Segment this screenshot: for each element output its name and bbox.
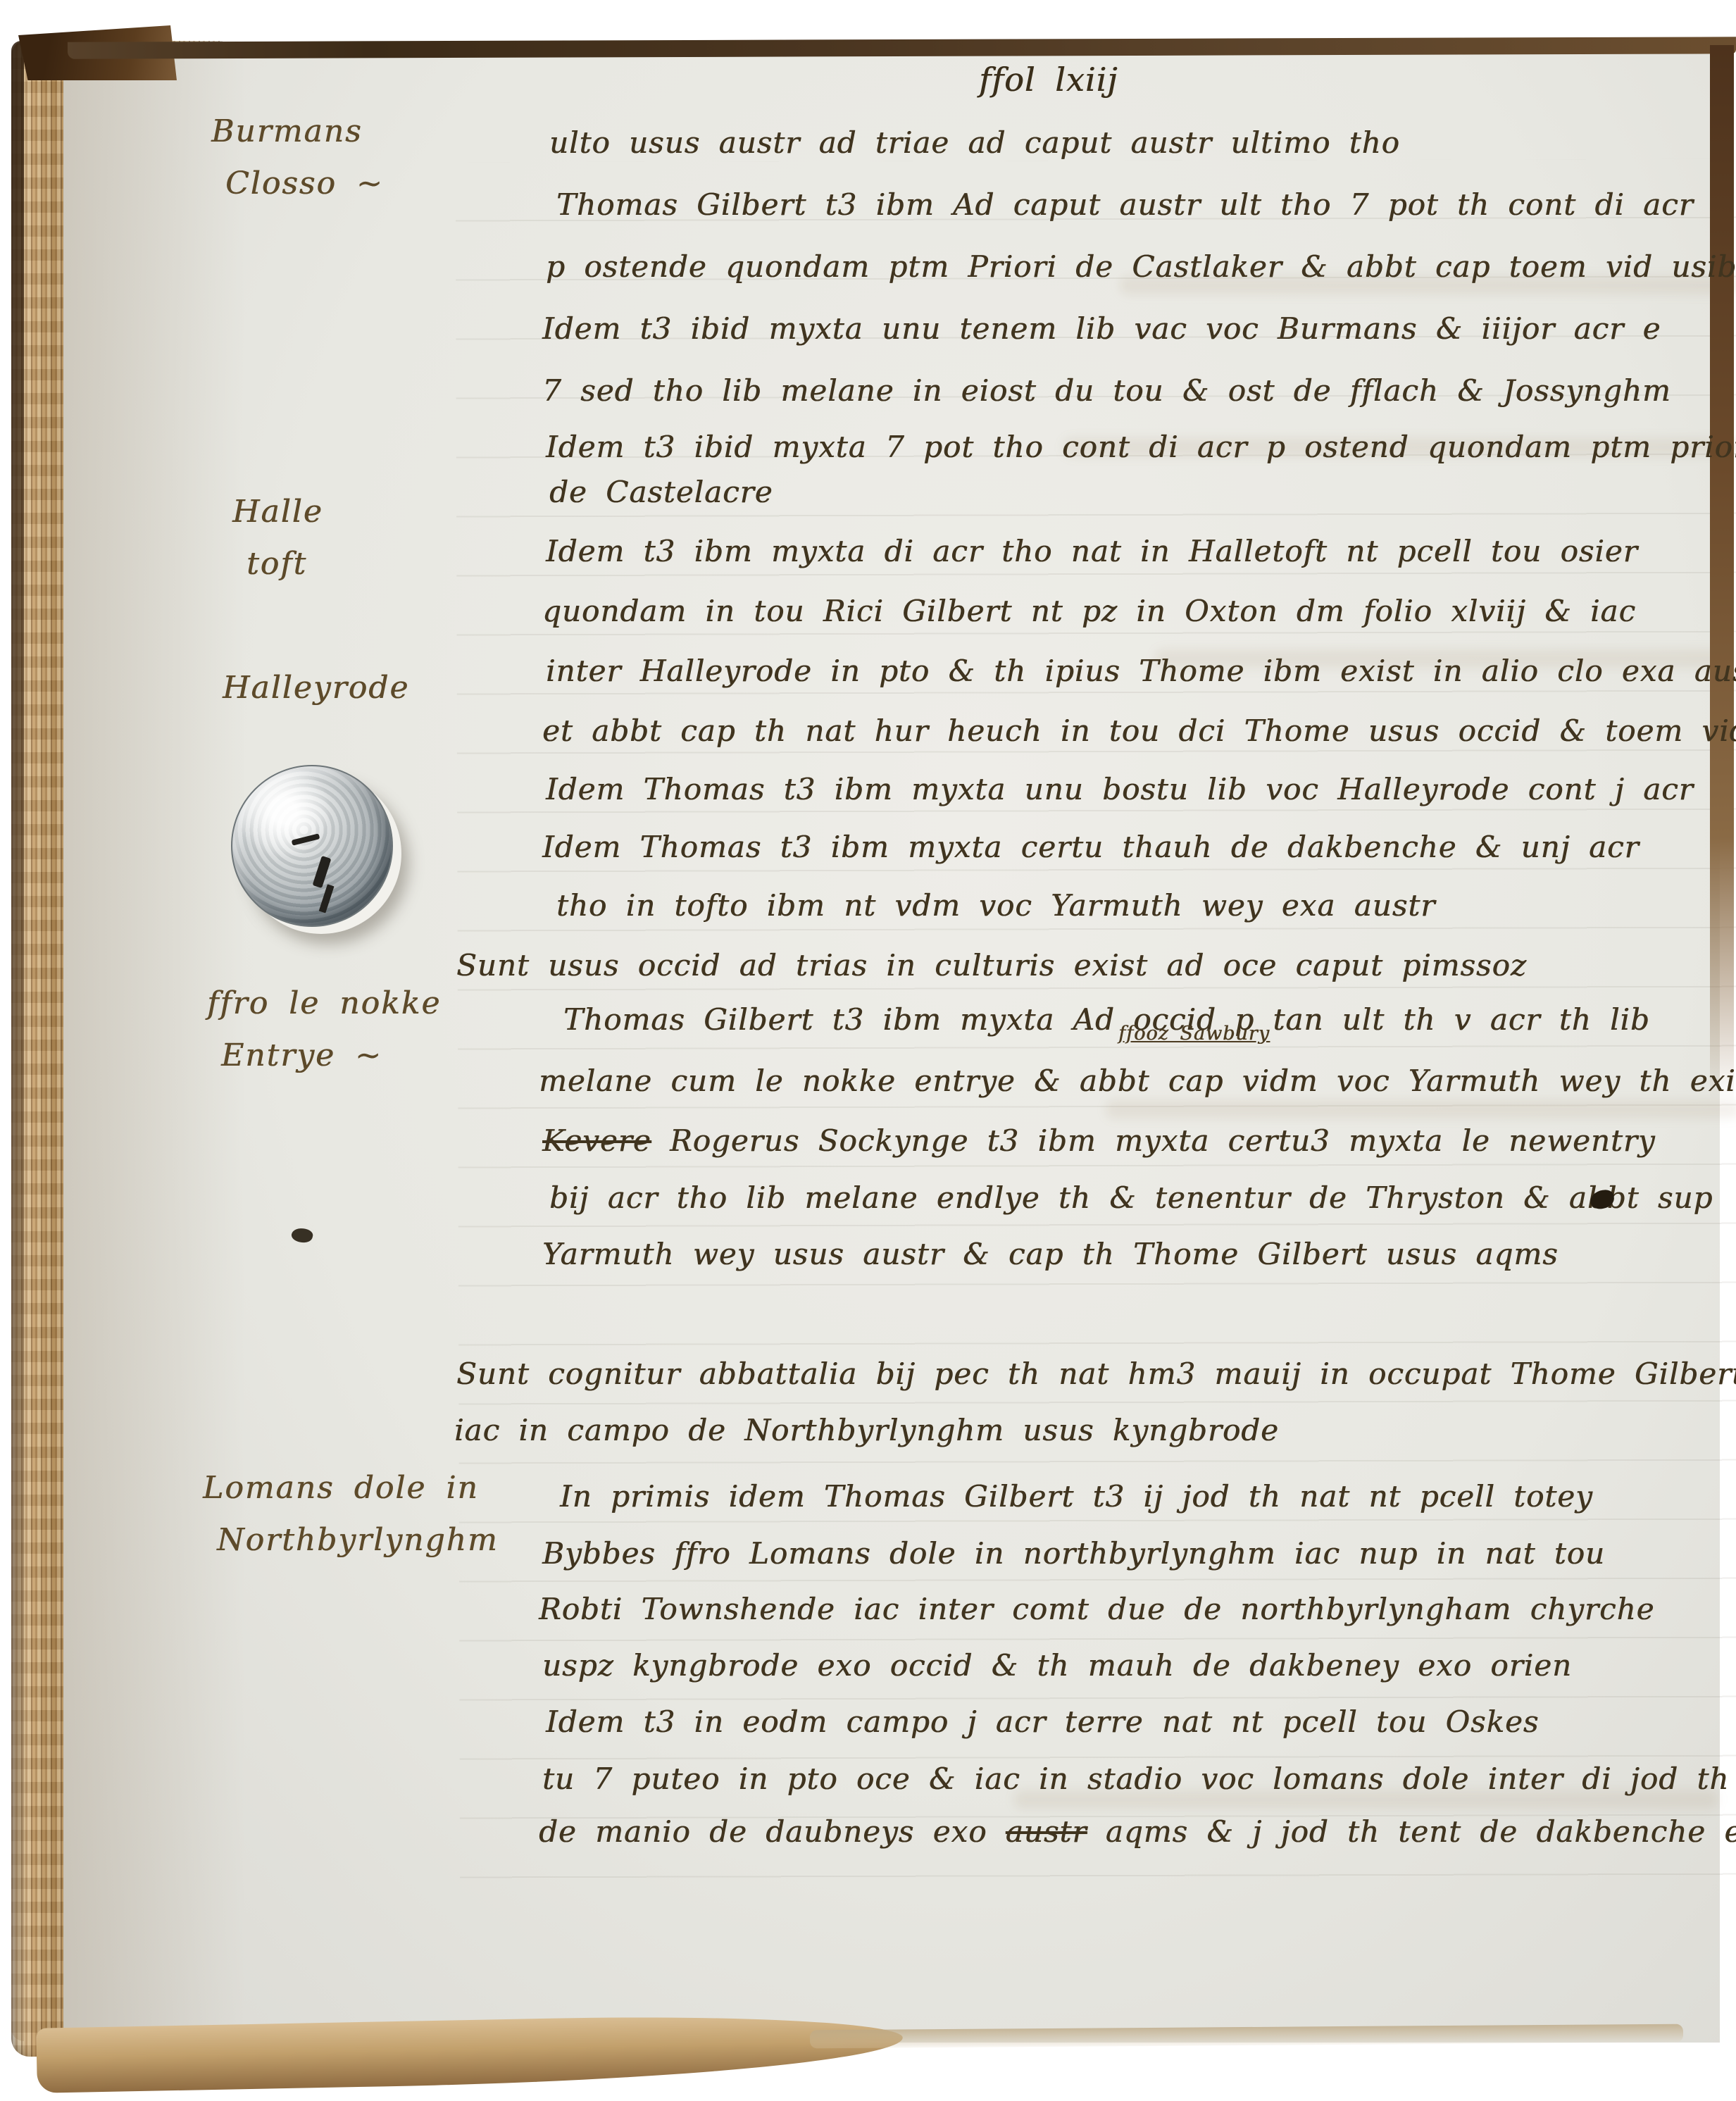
body-text-line: Idem t3 ibm myxta di acr tho nat in Hall… xyxy=(546,534,1638,568)
body-text-line: Idem t3 ibid myxta 7 pot tho cont di acr… xyxy=(546,430,1736,464)
stud-face xyxy=(231,765,393,927)
body-text-line: quondam in tou Rici Gilbert nt pz in Oxt… xyxy=(542,594,1636,628)
stud-scratch-mark xyxy=(313,856,332,888)
body-text-line: et abbt cap th nat hur heuch in tou dci … xyxy=(542,713,1736,748)
body-text-line: Yarmuth wey usus austr & cap th Thome Gi… xyxy=(542,1237,1559,1271)
body-text-line: tho in tofto ibm nt vdm voc Yarmuth wey … xyxy=(556,888,1435,923)
body-text-line: melane cum le nokke entrye & abbt cap vi… xyxy=(539,1064,1736,1098)
body-text-line: Kevere Rogerus Sockynge t3 ibm myxta cer… xyxy=(542,1123,1656,1158)
body-text-line: inter Halleyrode in pto & th ipius Thome… xyxy=(546,654,1736,688)
margin-note: Halletoft xyxy=(232,486,323,590)
margin-note: ffro le nokkeEntrye ~ xyxy=(207,978,441,1082)
body-text-line: 7 sed tho lib melane in eiost du tou & o… xyxy=(542,373,1671,408)
body-text-line: In primis idem Thomas Gilbert t3 ij jod … xyxy=(560,1479,1593,1514)
book-spine-edge xyxy=(11,41,24,2041)
body-text-line: Bybbes ffro Lomans dole in northbyrlyngh… xyxy=(542,1536,1605,1571)
body-text-line: Sunt cognitur abbattalia bij pec th nat … xyxy=(456,1357,1736,1391)
body-text-line: Idem t3 in eodm campo j acr terre nat nt… xyxy=(546,1704,1539,1739)
interlinear-note: ffooz Sawbury xyxy=(1118,1023,1270,1045)
body-text-line: Thomas Gilbert t3 ibm myxta Ad occid p t… xyxy=(563,1002,1650,1037)
body-text-line: Sunt usus occid ad trias in culturis exi… xyxy=(456,948,1527,983)
body-text-line: Robti Townshende iac inter comt due de n… xyxy=(539,1592,1654,1626)
body-text-line: Idem t3 ibid myxta unu tenem lib vac voc… xyxy=(542,311,1661,346)
metal-stud xyxy=(231,765,396,930)
margin-note: Halleyrode xyxy=(223,662,409,714)
photo-canvas: ffol lxiij BurmansClosso ~HalletoftHalle… xyxy=(0,0,1736,2101)
body-text-line: bij acr tho lib melane endlye th & tenen… xyxy=(549,1180,1713,1215)
body-text-line: p ostende quondam ptm Priori de Castlake… xyxy=(546,249,1736,284)
stud-scratch-mark xyxy=(292,833,320,845)
body-text-line: de manio de daubneys exo austr aqms & j … xyxy=(539,1814,1736,1849)
margin-note: BurmansClosso ~ xyxy=(211,106,384,210)
body-text-line: Thomas Gilbert t3 ibm Ad caput austr ult… xyxy=(556,187,1694,222)
book-right-edge xyxy=(1710,45,1734,1102)
body-text-line: uspz kyngbrode exo occid & th mauh de da… xyxy=(542,1648,1572,1683)
show-through-smudge xyxy=(1106,1100,1736,1118)
folio-heading: ffol lxiij xyxy=(979,61,1118,99)
body-text-line: Idem Thomas t3 ibm myxta certu thauh de … xyxy=(542,830,1640,864)
body-text-line: iac in campo de Northbyrlynghm usus kyng… xyxy=(454,1413,1279,1447)
body-text-line: tu 7 puteo in pto oce & iac in stadio vo… xyxy=(542,1762,1736,1796)
margin-note: Lomans dole inNorthbyrlynghm xyxy=(203,1462,499,1566)
body-text-line: Idem Thomas t3 ibm myxta unu bostu lib v… xyxy=(546,772,1694,806)
body-text-line: de Castelacre xyxy=(549,475,773,509)
body-text-line: ulto usus austr ad triae ad caput austr … xyxy=(549,125,1400,160)
